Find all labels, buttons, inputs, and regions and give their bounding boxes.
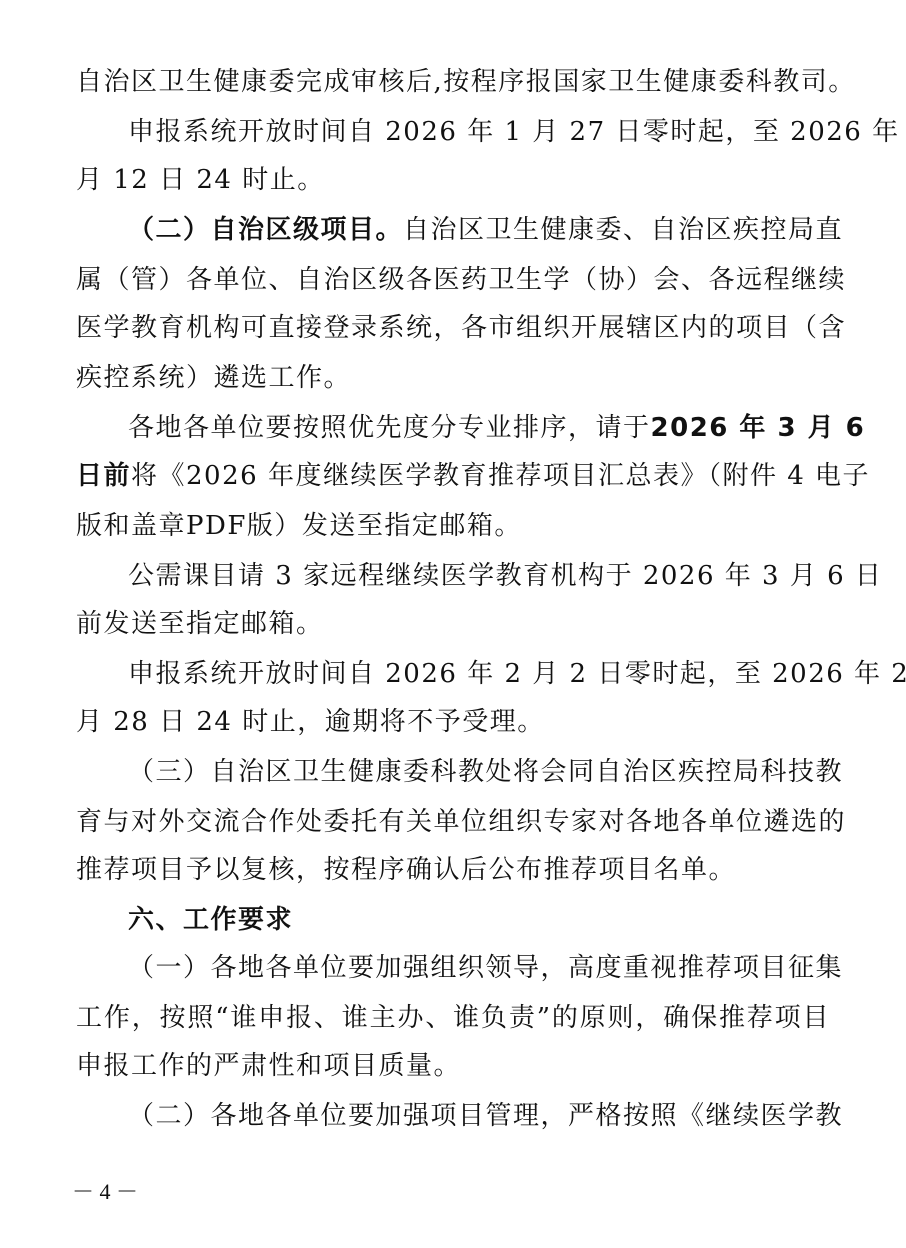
paragraph-line: 各地各单位要按照优先度分专业排序，请于2026 年 3 月 6 <box>128 410 830 446</box>
paragraph-line: 申报系统开放时间自 2026 年 2 月 2 日零时起，至 2026 年 2 <box>128 656 830 692</box>
paragraph-line: 公需课目请 3 家远程继续医学教育机构于 2026 年 3 月 6 日 <box>128 558 830 594</box>
paragraph-line: 申报系统开放时间自 2026 年 1 月 27 日零时起，至 2026 年 2 <box>128 114 830 150</box>
paragraph-line: 前发送至指定邮箱。 <box>76 606 830 642</box>
paragraph-text: 各地各单位要按照优先度分专业排序，请于 <box>128 413 651 443</box>
paragraph-line: 育与对外交流合作处委托有关单位组织专家对各地各单位遴选的 <box>76 804 830 840</box>
paragraph-line: 工作，按照“谁申报、谁主办、谁负责”的原则，确保推荐项目 <box>76 1000 830 1036</box>
paragraph-line: 疾控系统）遴选工作。 <box>76 360 830 396</box>
paragraph-line: 推荐项目予以复核，按程序确认后公布推荐项目名单。 <box>76 852 830 888</box>
subsection-title: （二）自治区级项目。 <box>128 215 403 245</box>
document-page: 自治区卫生健康委完成审核后,按程序报国家卫生健康委科教司。 申报系统开放时间自 … <box>0 0 906 1248</box>
paragraph-text: 自治区卫生健康委、自治区疾控局直 <box>403 215 843 245</box>
section-heading: 六、工作要求 <box>128 902 830 938</box>
paragraph-line: 属（管）各单位、自治区级各医药卫生学（协）会、各远程继续 <box>76 262 830 298</box>
paragraph-line: （一）各地各单位要加强组织领导，高度重视推荐项目征集 <box>128 950 830 986</box>
paragraph-line: （二）各地各单位要加强项目管理，严格按照《继续医学教 <box>128 1098 830 1134</box>
paragraph-line: 月 12 日 24 时止。 <box>76 162 830 198</box>
deadline-emphasis: 日前 <box>76 461 131 491</box>
page-number: － 4 － <box>72 1178 138 1206</box>
paragraph-line: 医学教育机构可直接登录系统，各市组织开展辖区内的项目（含 <box>76 310 830 346</box>
paragraph-line: 日前将《2026 年度继续医学教育推荐项目汇总表》（附件 4 电子 <box>76 458 830 494</box>
paragraph-line: 版和盖章PDF版）发送至指定邮箱。 <box>76 508 830 544</box>
paragraph-line: （三）自治区卫生健康委科教处将会同自治区疾控局科技教 <box>128 754 830 790</box>
paragraph-line: 自治区卫生健康委完成审核后,按程序报国家卫生健康委科教司。 <box>76 64 830 100</box>
paragraph-line: 月 28 日 24 时止，逾期将不予受理。 <box>76 704 830 740</box>
paragraph-line: 申报工作的严肃性和项目质量。 <box>76 1048 830 1084</box>
deadline-emphasis: 2026 年 3 月 6 <box>651 413 866 443</box>
paragraph-text: 将《2026 年度继续医学教育推荐项目汇总表》（附件 4 电子 <box>131 461 870 491</box>
section-line-bold-lead: （二）自治区级项目。自治区卫生健康委、自治区疾控局直 <box>128 212 830 248</box>
